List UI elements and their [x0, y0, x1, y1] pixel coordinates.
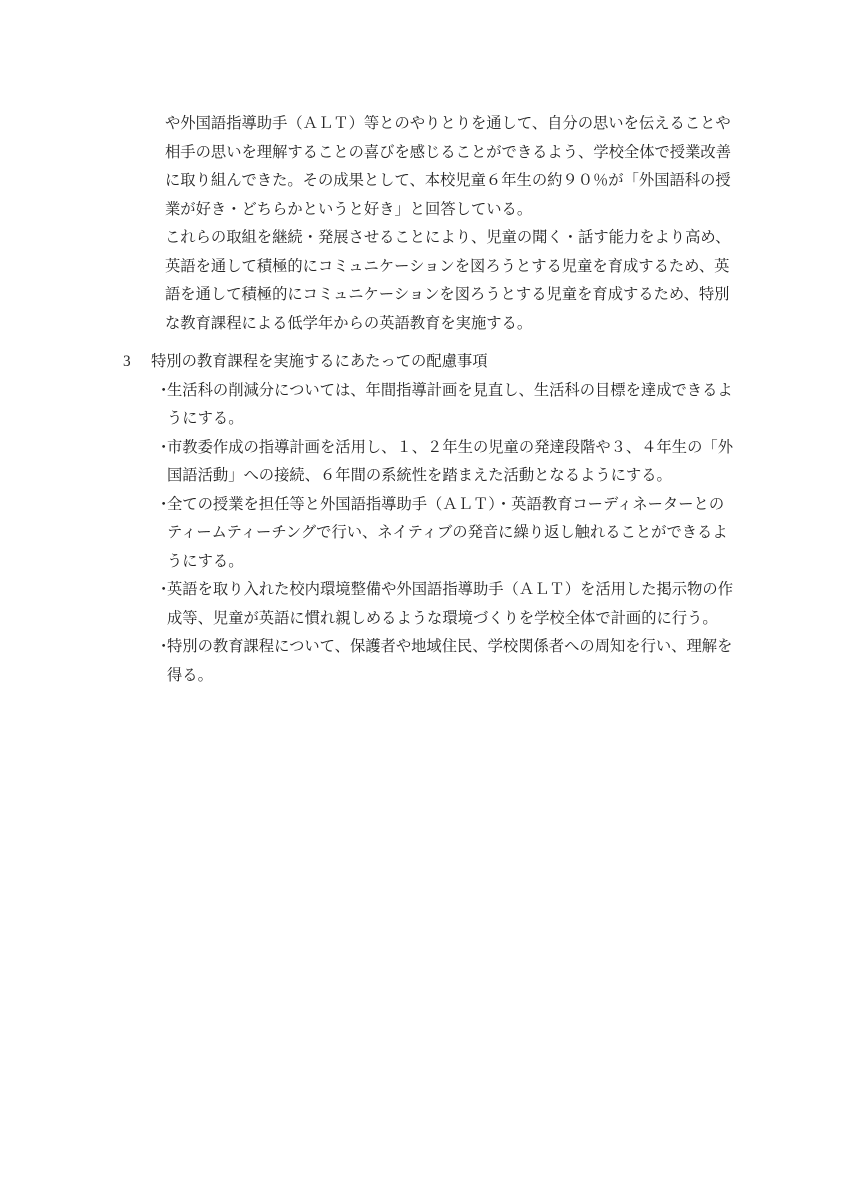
- bullet-text: 全ての授業を担任等と外国語指導助手（ＡＬＴ）・英語教育コーディネーターとの: [167, 496, 724, 513]
- text-line: な教育課程による低学年からの英語教育を実施する。: [165, 310, 745, 339]
- bullet-line: 得る。: [0, 662, 849, 691]
- text-line: 相手の思いを理解することの喜びを感じることができるよう、学校全体で授業改善: [165, 139, 745, 168]
- bullet-marker: ・: [156, 491, 167, 520]
- paragraph-2: これらの取組を継続・発展させることにより、児童の聞く・話す能力をより高め、 英語…: [165, 224, 745, 338]
- bullet-line: 成等、児童が英語に慣れ親しめるような環境づくりを学校全体で計画的に行う。: [0, 605, 849, 634]
- bullet-text: 英語を取り入れた校内環境整備や外国語指導助手（ＡＬＴ）を活用した掲示物の作: [167, 581, 733, 598]
- text-line: 業が好き・どちらかというと好き」と回答している。: [165, 196, 745, 225]
- bullet-line: うにする。: [0, 405, 849, 434]
- bullet-text: 生活科の削減分については、年間指導計画を見直し、生活科の目標を達成できるよ: [167, 382, 733, 399]
- document-page: や外国語指導助手（ＡＬＴ）等とのやりとりを通して、自分の思いを伝えることや 相手…: [0, 0, 849, 1200]
- bullet-marker: ・: [156, 576, 167, 605]
- text-line: これらの取組を継続・発展させることにより、児童の聞く・話す能力をより高め、: [165, 224, 745, 253]
- bullet-line: ・特別の教育課程について、保護者や地域住民、学校関係者への周知を行い、理解を: [0, 633, 849, 662]
- bullet-text: 市教委作成の指導計画を活用し、１、２年生の児童の発達段階や３、４年生の「外: [167, 439, 733, 456]
- bullet-item: ・生活科の削減分については、年間指導計画を見直し、生活科の目標を達成できるよ う…: [0, 377, 849, 434]
- bullet-line: 国語活動」への接続、６年間の系統性を踏まえた活動となるようにする。: [0, 462, 849, 491]
- bullet-line: ・市教委作成の指導計画を活用し、１、２年生の児童の発達段階や３、４年生の「外: [0, 434, 849, 463]
- section-number: 3: [123, 348, 151, 377]
- paragraph-1: や外国語指導助手（ＡＬＴ）等とのやりとりを通して、自分の思いを伝えることや 相手…: [165, 110, 745, 224]
- text-line: や外国語指導助手（ＡＬＴ）等とのやりとりを通して、自分の思いを伝えることや: [165, 110, 745, 139]
- text-line: 語を通して積極的にコミュニケーションを図ろうとする児童を育成するため、特別: [165, 281, 745, 310]
- bullet-line: ・生活科の削減分については、年間指導計画を見直し、生活科の目標を達成できるよ: [0, 377, 849, 406]
- section-3: 3特別の教育課程を実施するにあたっての配慮事項 ・生活科の削減分については、年間…: [0, 348, 849, 690]
- bullet-text: 特別の教育課程について、保護者や地域住民、学校関係者への周知を行い、理解を: [167, 638, 732, 655]
- bullet-marker: ・: [156, 377, 167, 406]
- bullet-line: ティームティーチングで行い、ネイティブの発音に繰り返し触れることができるよ: [0, 519, 849, 548]
- text-line: に取り組んできた。その成果として、本校児童６年生の約９０％が「外国語科の授: [165, 167, 745, 196]
- section-heading: 3特別の教育課程を実施するにあたっての配慮事項: [0, 348, 849, 377]
- bullet-item: ・全ての授業を担任等と外国語指導助手（ＡＬＴ）・英語教育コーディネーターとの テ…: [0, 491, 849, 577]
- bullet-item: ・特別の教育課程について、保護者や地域住民、学校関係者への周知を行い、理解を 得…: [0, 633, 849, 690]
- bullet-item: ・市教委作成の指導計画を活用し、１、２年生の児童の発達段階や３、４年生の「外 国…: [0, 434, 849, 491]
- bullet-line: ・全ての授業を担任等と外国語指導助手（ＡＬＴ）・英語教育コーディネーターとの: [0, 491, 849, 520]
- bullet-line: うにする。: [0, 548, 849, 577]
- bullet-line: ・英語を取り入れた校内環境整備や外国語指導助手（ＡＬＴ）を活用した掲示物の作: [0, 576, 849, 605]
- text-line: 英語を通して積極的にコミュニケーションを図ろうとする児童を育成するため、英: [165, 253, 745, 282]
- bullet-marker: ・: [156, 434, 167, 463]
- section-title: 特別の教育課程を実施するにあたっての配慮事項: [151, 353, 488, 370]
- bullet-marker: ・: [156, 633, 167, 662]
- bullet-item: ・英語を取り入れた校内環境整備や外国語指導助手（ＡＬＴ）を活用した掲示物の作 成…: [0, 576, 849, 633]
- body-paragraphs: や外国語指導助手（ＡＬＴ）等とのやりとりを通して、自分の思いを伝えることや 相手…: [165, 110, 745, 338]
